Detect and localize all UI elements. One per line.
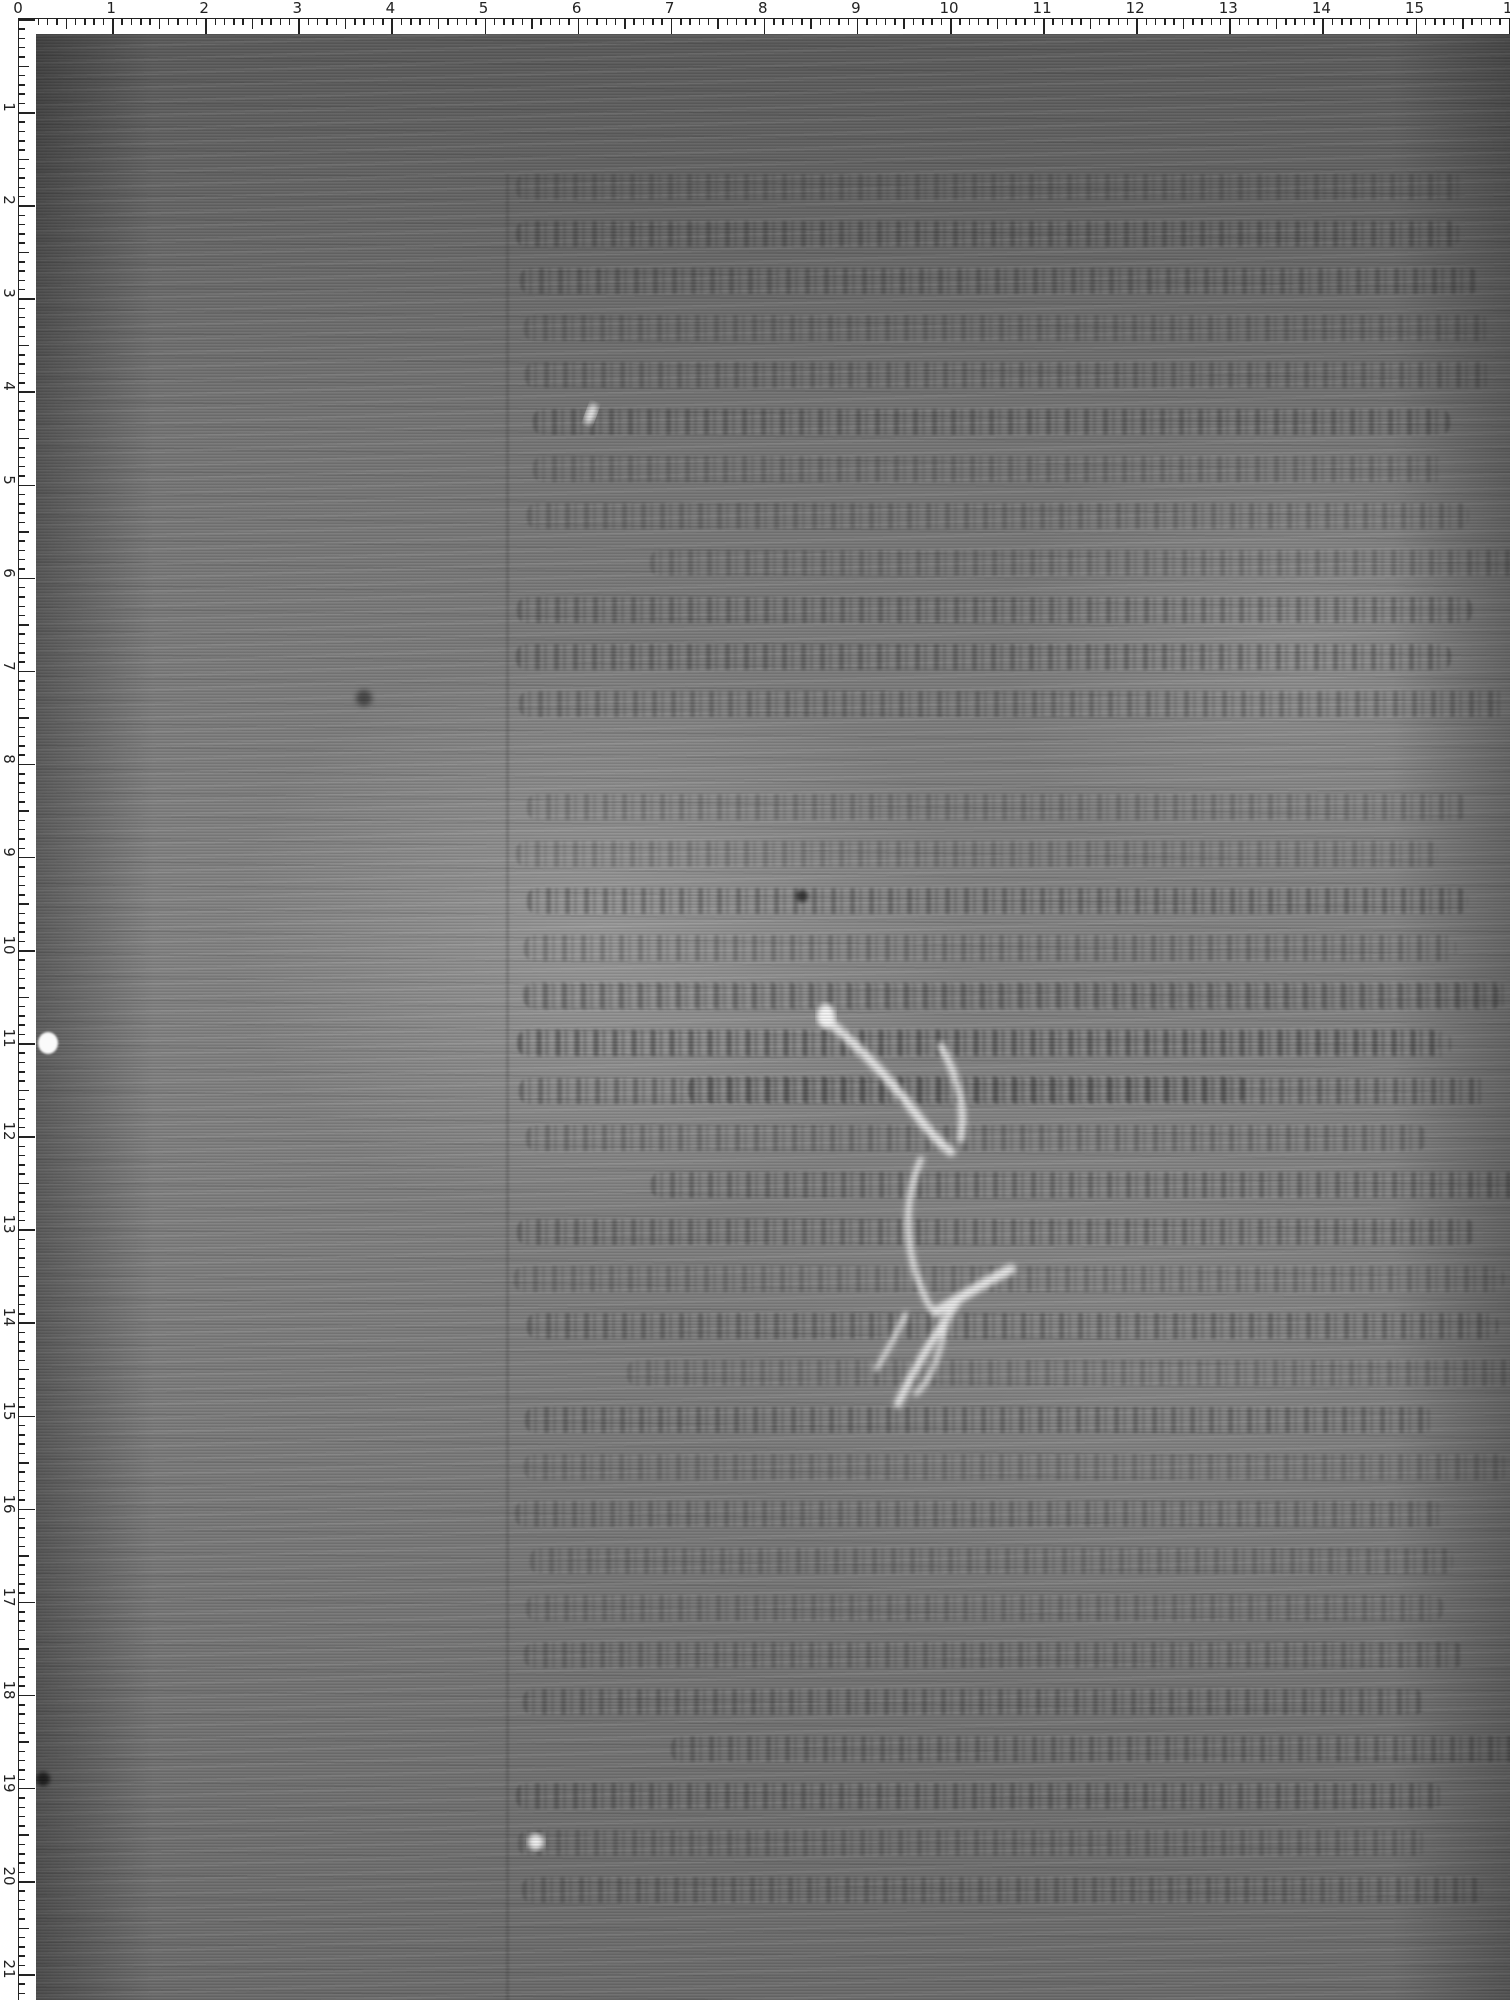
ruler-tick (19, 1164, 25, 1166)
ruler-top-label: 12 (1126, 0, 1145, 16)
ruler-tick (19, 717, 29, 719)
ruler-tick (19, 270, 25, 272)
ruler-tick (19, 587, 25, 589)
ruler-tick (19, 857, 35, 859)
ruler-tick (745, 19, 747, 25)
ruler-tick (19, 1834, 29, 1836)
ruler-tick (19, 736, 25, 738)
ruler-tick (1024, 19, 1026, 25)
ruler-tick (19, 1844, 25, 1846)
ruler-tick (196, 19, 198, 25)
ruler-tick (1257, 19, 1259, 25)
ruler-tick (19, 1267, 25, 1269)
ruler-tick (19, 1620, 25, 1622)
ruler-tick (19, 1248, 25, 1250)
ruler-tick (903, 19, 905, 29)
ruler-top-label: 2 (199, 0, 209, 16)
ruler-tick (19, 764, 35, 766)
ruler-tick (19, 550, 25, 552)
ruler-tick (19, 1173, 25, 1175)
ruler-tick (1034, 19, 1036, 25)
ruler-tick (19, 903, 29, 905)
ruler-tick (19, 242, 25, 244)
ruler-tick (876, 19, 878, 25)
ruler-tick (1164, 19, 1166, 25)
ruler-tick (19, 289, 25, 291)
ruler-tick (19, 1872, 25, 1874)
ruler-tick (19, 894, 25, 896)
ruler-tick (754, 19, 756, 25)
ruler-tick (773, 19, 775, 25)
ruler-tick (19, 1807, 25, 1809)
edge-vignette (36, 34, 1510, 2000)
ruler-tick (1416, 19, 1418, 35)
ruler-tick (19, 1304, 25, 1306)
ruler-tick (19, 1862, 25, 1864)
ruler-tick (19, 689, 25, 691)
ruler-tick (103, 19, 105, 25)
ruler-left-label: 21 (1, 1960, 17, 1979)
ruler-tick (19, 1546, 25, 1548)
ruler-tick (19, 419, 25, 421)
ruler-tick (885, 19, 887, 25)
ruler-tick (1192, 19, 1194, 25)
ruler-tick (1332, 19, 1334, 25)
ruler-tick (19, 810, 29, 812)
ruler-tick (19, 699, 25, 701)
ruler-tick (233, 19, 235, 25)
ruler-tick (270, 19, 272, 25)
ruler-tick (19, 1639, 25, 1641)
ruler-tick (19, 47, 25, 49)
ruler-tick (19, 19, 35, 21)
ruler-tick (978, 19, 980, 25)
ruler-tick (19, 754, 25, 756)
ruler-tick (187, 19, 189, 25)
ruler-tick (19, 745, 25, 747)
ruler-tick (596, 19, 598, 25)
ruler-tick (19, 457, 25, 459)
ruler-tick (19, 140, 25, 142)
ruler-tick (19, 1900, 25, 1902)
ruler-left-label: 16 (1, 1494, 17, 1513)
ruler-tick (671, 19, 673, 35)
ruler-tick (19, 1676, 25, 1678)
ruler-tick (19, 1555, 29, 1557)
ruler-tick (503, 19, 505, 25)
ruler-tick (19, 159, 29, 161)
ruler-tick (643, 19, 645, 25)
ruler-tick (494, 19, 496, 25)
ruler-left-label: 18 (1, 1680, 17, 1699)
ruler-tick (19, 1434, 25, 1436)
ruler-tick (941, 19, 943, 25)
ruler-tick (19, 205, 35, 207)
ruler-tick (19, 1592, 25, 1594)
ruler-tick (19, 978, 25, 980)
ruler-tick (19, 401, 25, 403)
ruler-tick (19, 1043, 35, 1045)
ruler-tick (922, 19, 924, 25)
ruler-tick (587, 19, 589, 25)
ruler-tick (1267, 19, 1269, 25)
ruler-top-label: 7 (665, 0, 675, 16)
ruler-tick (19, 103, 25, 105)
ruler-tick (1229, 19, 1231, 35)
ruler-tick (19, 1741, 29, 1743)
ruler-tick (1360, 19, 1362, 25)
ruler-tick (19, 373, 25, 375)
ruler-left-label: 4 (1, 382, 17, 392)
ruler-tick (382, 19, 384, 25)
ruler-tick (19, 522, 25, 524)
ruler-tick (19, 829, 25, 831)
ruler-tick (19, 1667, 25, 1669)
ruler-tick (19, 1183, 29, 1185)
ruler-tick (680, 19, 682, 25)
ruler-tick (19, 121, 25, 123)
ruler-tick (1350, 19, 1352, 25)
ruler-tick (19, 1024, 25, 1026)
ruler-tick (19, 1425, 25, 1427)
ruler-tick (19, 885, 25, 887)
ruler-tick (19, 1146, 25, 1148)
ruler-tick (19, 1797, 25, 1799)
ruler-tick (19, 317, 25, 319)
ruler-tick (326, 19, 328, 25)
ruler-tick (19, 336, 25, 338)
ruler-tick (1062, 19, 1064, 25)
ruler-tick (19, 1229, 35, 1231)
ruler-top-label: 10 (939, 0, 958, 16)
ruler-tick (19, 950, 35, 952)
ruler-tick (410, 19, 412, 25)
ruler-tick (969, 19, 971, 25)
ruler-tick (19, 1239, 25, 1241)
ruler-tick (19, 1527, 25, 1529)
ruler-tick (19, 1136, 35, 1138)
ruler-tick (1183, 19, 1185, 29)
ruler-tick (19, 1378, 25, 1380)
ruler-tick (633, 19, 635, 25)
ruler-tick (19, 131, 25, 133)
ruler-left-label: 3 (1, 289, 17, 299)
ruler-tick (168, 19, 170, 25)
ruler-tick (727, 19, 729, 25)
ruler-tick (1108, 19, 1110, 25)
ruler-tick (19, 1574, 25, 1576)
ruler-tick (1313, 19, 1315, 25)
ruler-tick (19, 1779, 25, 1781)
ruler-tick (19, 997, 29, 999)
ruler-tick (1294, 19, 1296, 25)
ruler-tick (19, 969, 25, 971)
ruler-tick (736, 19, 738, 25)
ruler-tick (47, 19, 49, 25)
ruler-tick (19, 149, 25, 151)
ruler-left-label: 5 (1, 475, 17, 485)
ruler-tick (652, 19, 654, 25)
ruler-tick (19, 1471, 25, 1473)
ruler-top-label: 3 (293, 0, 303, 16)
ruler-tick (19, 959, 25, 961)
ruler-tick (19, 540, 25, 542)
ruler-tick (19, 1285, 25, 1287)
ruler-tick (19, 354, 25, 356)
ruler-tick (19, 866, 25, 868)
ruler-tick (19, 578, 35, 580)
ruler-tick (19, 1127, 25, 1129)
ruler-left-label: 7 (1, 661, 17, 671)
ruler-left-label: 15 (1, 1401, 17, 1420)
ruler-tick (19, 382, 25, 384)
ruler-tick (19, 1648, 29, 1650)
ruler-tick (1378, 19, 1380, 25)
ruler-tick (1304, 19, 1306, 25)
ruler-tick (419, 19, 421, 25)
ruler-tick (894, 19, 896, 25)
bright-spot (38, 1032, 58, 1054)
ruler-tick (215, 19, 217, 25)
ruler-tick (466, 19, 468, 25)
ruler-tick (959, 19, 961, 25)
ruler-tick (19, 1685, 25, 1687)
ruler-tick (140, 19, 142, 25)
ruler-tick (475, 19, 477, 25)
ruler-top-label: 8 (758, 0, 768, 16)
ruler-tick (19, 1090, 29, 1092)
ruler-tick (19, 168, 25, 170)
ruler-tick (1127, 19, 1129, 25)
ruler-tick (298, 19, 300, 35)
left-ruler (18, 18, 34, 2000)
ruler-tick (19, 1201, 25, 1203)
ruler-tick (19, 1341, 25, 1343)
ruler-tick (1276, 19, 1278, 29)
ruler-tick (1462, 19, 1464, 29)
ruler-tick (1071, 19, 1073, 25)
ruler-tick (131, 19, 133, 25)
ruler-tick (522, 19, 524, 25)
ruler-tick (19, 308, 25, 310)
ruler-tick (531, 19, 533, 29)
ruler-tick (19, 391, 35, 393)
ruler-tick (19, 1211, 25, 1213)
ruler-tick (708, 19, 710, 25)
ruler-tick (699, 19, 701, 25)
ruler-tick (19, 1006, 25, 1008)
ruler-tick (19, 75, 25, 77)
ruler-tick (19, 1602, 35, 1604)
ruler-tick (19, 1769, 25, 1771)
ruler-tick (19, 38, 25, 40)
ruler-tick (1080, 19, 1082, 25)
ruler-tick (19, 559, 25, 561)
ruler-tick (19, 1890, 25, 1892)
ruler-tick (19, 447, 25, 449)
ruler-tick (829, 19, 831, 25)
ruler-tick (19, 233, 25, 235)
manuscript-scan (36, 34, 1510, 2000)
ruler-tick (19, 466, 25, 468)
ruler-tick (782, 19, 784, 25)
ruler-tick (19, 215, 25, 217)
ruler-tick (19, 1350, 25, 1352)
ruler-tick (19, 1658, 25, 1660)
ruler-tick (1397, 19, 1399, 25)
ruler-tick (19, 801, 25, 803)
ruler-tick (457, 19, 459, 25)
ruler-tick (810, 19, 812, 29)
ruler-tick (19, 876, 25, 878)
ruler-tick (1388, 19, 1390, 25)
ruler-tick (345, 19, 347, 29)
ruler-tick (512, 19, 514, 25)
ruler-tick (38, 19, 40, 25)
ruler-tick (93, 19, 95, 25)
ruler-tick (19, 1974, 35, 1976)
ruler-tick (559, 19, 561, 25)
ruler-tick (19, 1192, 25, 1194)
ruler-tick (19, 838, 25, 840)
ruler-tick (19, 1788, 35, 1790)
ruler-tick (1239, 19, 1241, 25)
ruler-tick (19, 1332, 25, 1334)
ruler-tick (578, 19, 580, 35)
ruler-tick (19, 671, 35, 673)
ruler-tick (56, 19, 58, 25)
ruler-tick (19, 326, 25, 328)
top-ruler (18, 18, 1510, 34)
ruler-tick (280, 19, 282, 25)
ruler-tick (615, 19, 617, 25)
ruler-tick (820, 19, 822, 25)
ruler-tick (19, 429, 25, 431)
ruler-tick (19, 1155, 25, 1157)
ruler-tick (429, 19, 431, 25)
ruler-tick (373, 19, 375, 25)
ruler-tick (19, 84, 25, 86)
ruler-top-label: 4 (386, 0, 396, 16)
ruler-tick (19, 1453, 25, 1455)
ruler-tick (438, 19, 440, 29)
ruler-tick (19, 633, 25, 635)
ruler-tick (19, 1099, 25, 1101)
ruler-tick (19, 1723, 25, 1725)
ruler-tick (1499, 19, 1501, 25)
ruler-tick (950, 19, 952, 35)
ruler-tick (661, 19, 663, 25)
ruler-tick (1146, 19, 1148, 25)
ruler-tick (1220, 19, 1222, 25)
ruler-tick (19, 922, 25, 924)
ruler-tick (764, 19, 766, 35)
ruler-tick (1341, 19, 1343, 25)
ruler-tick (19, 531, 29, 533)
ruler-tick (857, 19, 859, 35)
ruler-tick (75, 19, 77, 25)
ruler-tick (19, 1713, 25, 1715)
ruler-tick (19, 93, 25, 95)
ruler-top-label: 11 (1033, 0, 1052, 16)
ruler-tick (19, 1928, 29, 1930)
ruler-left-label: 10 (1, 935, 17, 954)
ruler-tick (19, 224, 25, 226)
ruler-tick (19, 1322, 35, 1324)
ruler-tick (931, 19, 933, 25)
ruler-tick (19, 1220, 25, 1222)
ruler-tick (19, 596, 25, 598)
ruler-tick (19, 298, 35, 300)
ruler-tick (19, 196, 25, 198)
ruler-tick (19, 680, 25, 682)
ruler-tick (19, 708, 25, 710)
ruler-tick (1052, 19, 1054, 25)
ruler-top-label: 9 (851, 0, 861, 16)
ruler-top-label: 15 (1405, 0, 1424, 16)
ruler-tick (159, 19, 161, 29)
ruler-tick (19, 1937, 25, 1939)
ruler-tick (848, 19, 850, 25)
ruler-top-label: 5 (479, 0, 489, 16)
ruler-tick (1443, 19, 1445, 25)
ruler-tick (19, 28, 25, 30)
ruler-tick (19, 252, 29, 254)
ruler-tick (19, 1983, 25, 1985)
ruler-tick (19, 1918, 25, 1920)
ruler-top-label: 1 (106, 0, 116, 16)
ruler-tick (689, 19, 691, 25)
ruler-tick (121, 19, 123, 25)
ruler-tick (866, 19, 868, 25)
ruler-tick (19, 1481, 25, 1483)
ruler-tick (19, 1052, 25, 1054)
ruler-tick (1285, 19, 1287, 25)
ruler-tick (19, 1704, 25, 1706)
ruler-left-label: 17 (1, 1587, 17, 1606)
ruler-tick (19, 1993, 25, 1995)
ruler-tick (19, 624, 29, 626)
ruler-tick (1155, 19, 1157, 25)
ruler-tick (19, 606, 25, 608)
ruler-tick (913, 19, 915, 25)
ruler-tick (1201, 19, 1203, 25)
ruler-tick (19, 1518, 25, 1520)
ruler-tick (1136, 19, 1138, 35)
ruler-left-label: 13 (1, 1215, 17, 1234)
ruler-tick (112, 19, 114, 35)
ruler-tick (568, 19, 570, 25)
ruler-tick (447, 19, 449, 25)
ruler-tick (19, 485, 35, 487)
ruler-tick (19, 727, 25, 729)
ruler-tick (336, 19, 338, 25)
ruler-tick (997, 19, 999, 29)
ruler-tick (19, 1108, 25, 1110)
ruler-tick (19, 1751, 25, 1753)
ruler-tick (317, 19, 319, 25)
ruler-left-label: 11 (1, 1029, 17, 1048)
ruler-tick (19, 1276, 29, 1278)
ruler-tick (485, 19, 487, 35)
ruler-tick (1434, 19, 1436, 25)
ruler-tick (540, 19, 542, 25)
ruler-tick (19, 1881, 35, 1883)
ruler-left-label: 12 (1, 1122, 17, 1141)
ruler-tick (19, 1909, 25, 1911)
ruler-tick (19, 1388, 25, 1390)
ruler-tick (19, 1406, 25, 1408)
